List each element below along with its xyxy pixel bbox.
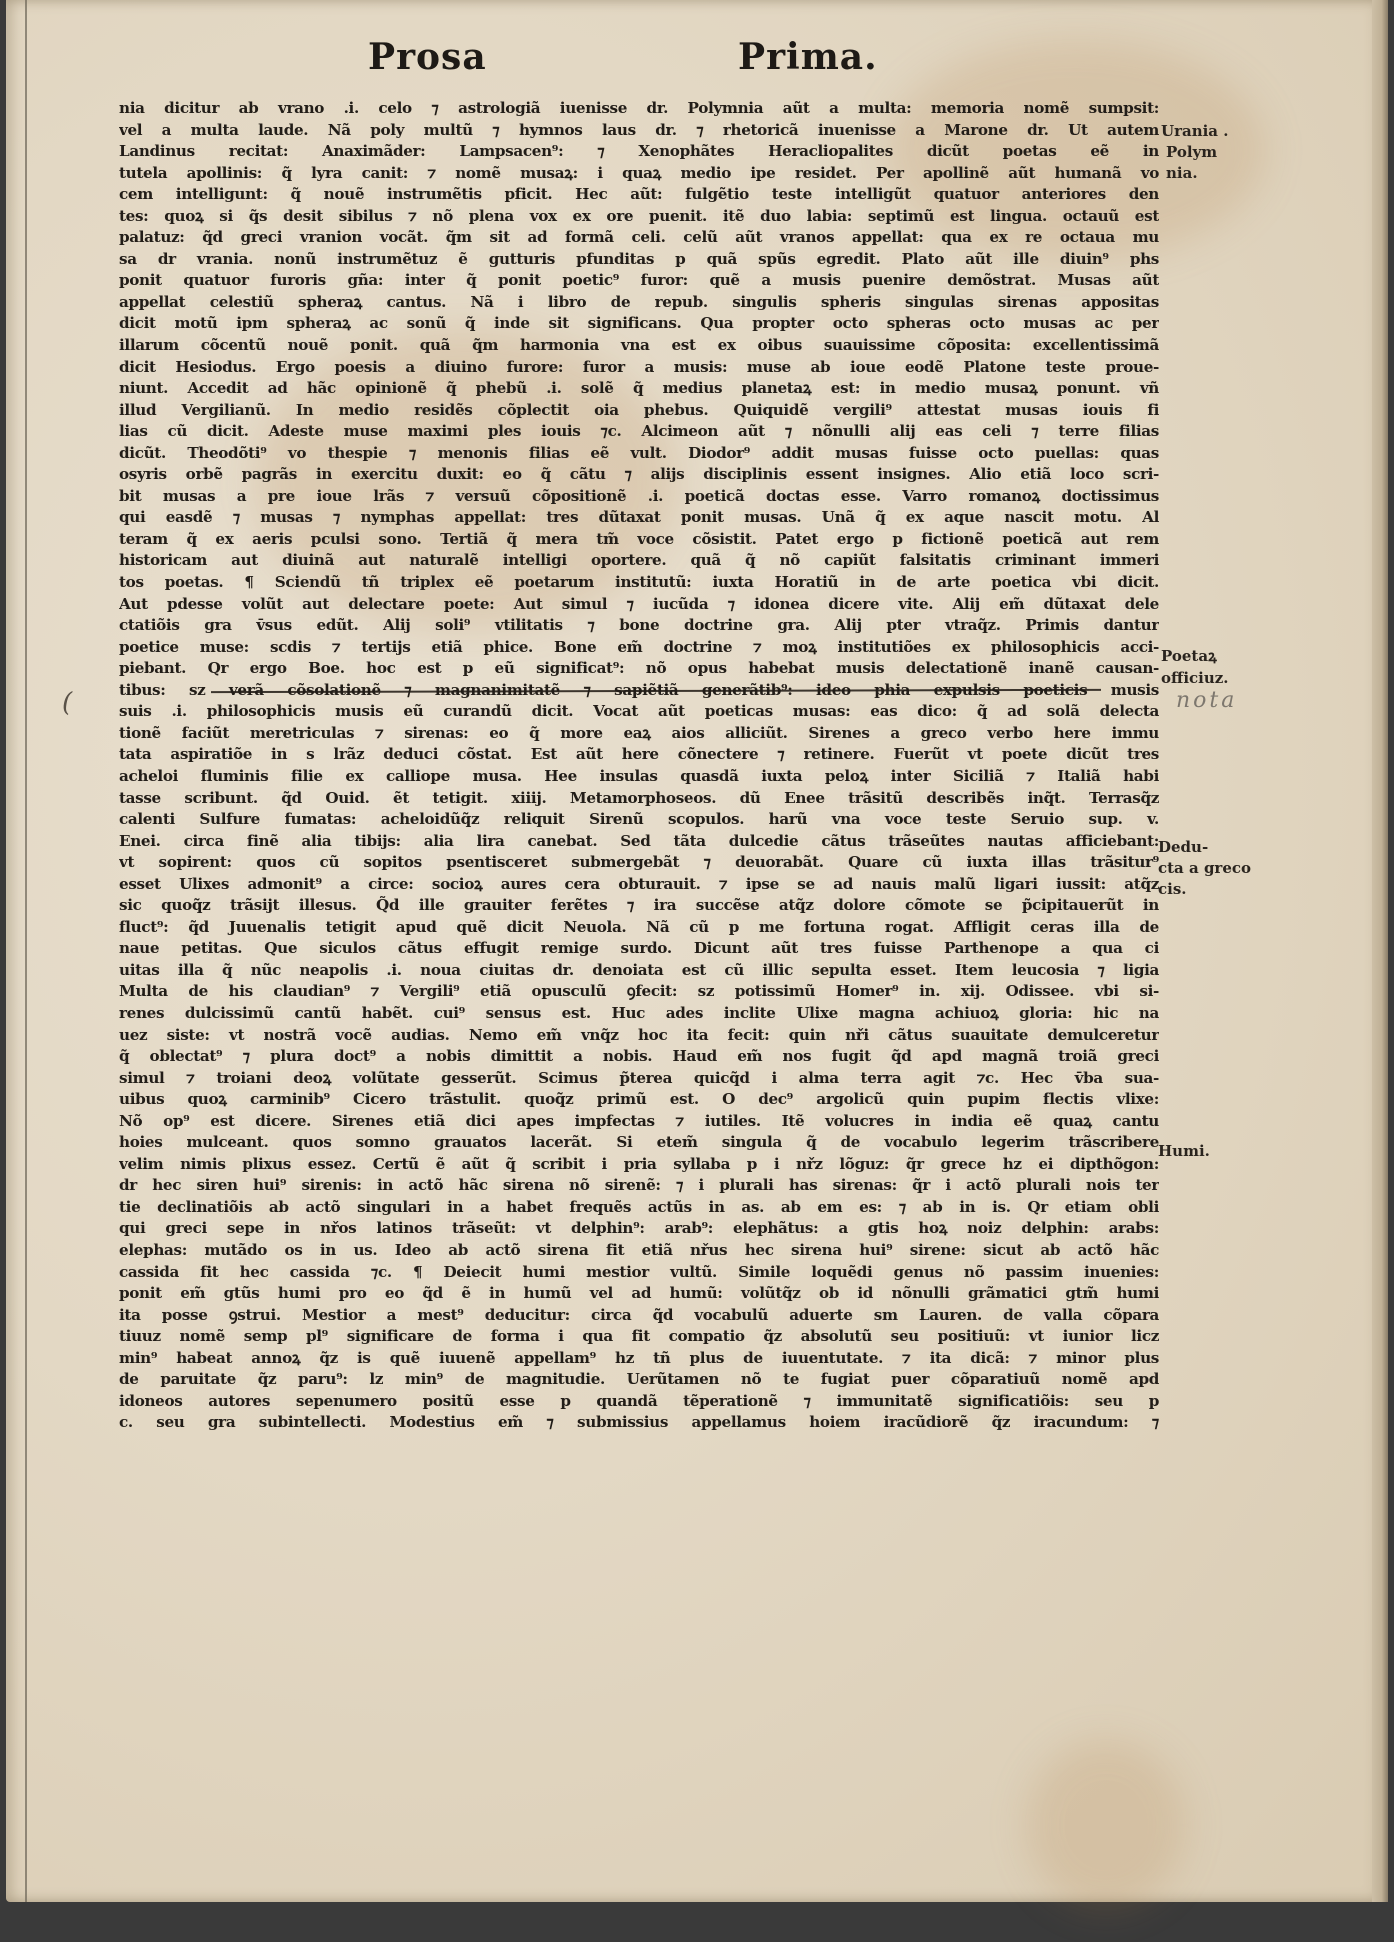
text-line: cem intelligunt: q̃ nouẽ instrumẽtis pfi… xyxy=(119,184,1159,206)
text-line: fluct⁹: q̃d Juuenalis tetigit apud quẽ d… xyxy=(119,917,1159,939)
text-line: naue petitas. Que siculos cãtus effugit … xyxy=(119,938,1159,960)
text-line: Aut pdesse volũt aut delectare poete: Au… xyxy=(119,594,1159,616)
body-text-column: nia dicitur ab vrano .i. celo ⁊ astrolog… xyxy=(119,98,1159,1455)
margin-note-polymnia-cont: nia. xyxy=(1166,163,1198,183)
running-head-right: Prima. xyxy=(738,36,878,78)
text-line: historicam aut diuinã aut naturalẽ intel… xyxy=(119,550,1159,572)
text-line: velim nimis plixus essez. Certũ ẽ aũt q̃… xyxy=(119,1154,1159,1176)
text-line: ponit quatuor furoris gña: inter q̃ poni… xyxy=(119,270,1159,292)
text-line: osyris orbẽ pagrãs in exercitu duxit: eo… xyxy=(119,464,1159,486)
text-line: bit musas a pre ioue lrãs ⁊ versuũ cõpos… xyxy=(119,486,1159,508)
text-line: tiuuz nomẽ semp pl⁹ significare de forma… xyxy=(119,1326,1159,1348)
text-line: min⁹ habeat annoꝝ q̃z is quẽ iuuenẽ appe… xyxy=(119,1348,1159,1370)
text-line: esset Ulixes admonit⁹ a circe: socioꝝ au… xyxy=(119,874,1159,896)
book-page: Prosa Prima. ( nia dicitur ab vrano .i. … xyxy=(6,0,1388,1902)
running-head-left: Prosa xyxy=(368,36,487,78)
text-line: tionẽ faciũt meretriculas ⁊ sirenas: eo … xyxy=(119,723,1159,745)
handwritten-margin-note: nota xyxy=(1176,688,1237,713)
text-line: tasse scribunt. q̃d Ouid. ẽt tetigit. xi… xyxy=(119,788,1159,810)
text-line: niunt. Accedit ad hãc opinionẽ q̃ phebũ … xyxy=(119,378,1159,400)
text-line: appellat celestiũ spheraꝝ cantus. Nã i l… xyxy=(119,292,1159,314)
text-line: lias cũ dicit. Adeste muse maximi ples i… xyxy=(119,421,1159,443)
text-line: piebant. Qr ergo Boe. hoc est p eũ signi… xyxy=(119,658,1159,680)
text-line: qui easdẽ ⁊ musas ⁊ nymphas appellat: tr… xyxy=(119,507,1159,529)
text-line: illarum cõcentũ nouẽ ponit. quã q̃m harm… xyxy=(119,335,1159,357)
text-line: elephas: mutãdo os in us. Ideo ab actõ s… xyxy=(119,1240,1159,1262)
text-line: dicit Hesiodus. Ergo poesis a diuino fur… xyxy=(119,357,1159,379)
text-line: poetice muse: scdis ⁊ tertijs etiã phice… xyxy=(119,637,1159,659)
handwritten-bracket-mark: ( xyxy=(62,688,72,718)
text-line: ponit em̃ gtũs humi pro eo q̃d ẽ in humũ… xyxy=(119,1283,1159,1305)
text-line: nia dicitur ab vrano .i. celo ⁊ astrolog… xyxy=(119,98,1159,120)
text-line: Nõ op⁹ est dicere. Sirenes etiã dici ape… xyxy=(119,1111,1159,1133)
text-line: tos poetas. ¶ Sciendũ tñ triplex eẽ poet… xyxy=(119,572,1159,594)
text-line: acheloi fluminis filie ex calliope musa.… xyxy=(119,766,1159,788)
text-line: Multa de his claudian⁹ ⁊ Vergili⁹ etiã o… xyxy=(119,981,1159,1003)
text-line: idoneos autores sepenumero positũ esse p… xyxy=(119,1391,1159,1413)
text-line: ita posse ꝯstrui. Mestior a mest⁹ deduci… xyxy=(119,1305,1159,1327)
text-line: vel a multa laude. Nã poly multũ ⁊ hymno… xyxy=(119,120,1159,142)
running-head: Prosa Prima. xyxy=(6,36,1388,84)
text-line: teram q̃ ex aeris pculsi sono. Tertiã q̃… xyxy=(119,529,1159,551)
text-line: sic quoq̃z trãsijt illesus. Q̃d ille gra… xyxy=(119,895,1159,917)
margin-note-deducta: Dedu- xyxy=(1158,837,1208,857)
text-line: tie declinatiõis ab actõ singulari in a … xyxy=(119,1197,1159,1219)
text-line: uitas illa q̃ nũc neapolis .i. noua ciui… xyxy=(119,960,1159,982)
text-line: dicũt. Theodõti⁹ vo thespie ⁊ menonis fi… xyxy=(119,443,1159,465)
text-line: dicit motũ ipm spheraꝝ ac sonũ q̃ inde s… xyxy=(119,313,1159,335)
text-line: tata aspiratiõe in s lrãz deduci cõstat.… xyxy=(119,744,1159,766)
text-line: simul ⁊ troiani deoꝝ volũtate gesserũt. … xyxy=(119,1068,1159,1090)
text-line: vt sopirent: quos cũ sopitos psentiscere… xyxy=(119,852,1159,874)
text-line: hoies mulceant. quos somno grauatos lace… xyxy=(119,1132,1159,1154)
text-line: suis .i. philosophicis musis eũ curandũ … xyxy=(119,701,1159,723)
margin-note-deducta-cont: cta a greco xyxy=(1158,858,1251,878)
text-line: tibus: sz verã cõsolationẽ ⁊ magnanimita… xyxy=(119,680,1159,702)
gutter-fold xyxy=(25,0,27,1902)
text-line: sa dr vrania. nonũ instrumẽtuz ẽ gutturi… xyxy=(119,249,1159,271)
text-line: Enei. circa finẽ alia tibijs: alia lira … xyxy=(119,831,1159,853)
water-stain xyxy=(1026,1740,1186,1910)
text-line: tutela apollinis: q̃ lyra canit: ⁊ nomẽ … xyxy=(119,163,1159,185)
text-line: q̃ oblectat⁹ ⁊ plura doct⁹ a nobis dimit… xyxy=(119,1046,1159,1068)
text-line: dr hec siren hui⁹ sirenis: in actõ hãc s… xyxy=(119,1175,1159,1197)
text-line: de paruitate q̃z paru⁹: lz min⁹ de magni… xyxy=(119,1369,1159,1391)
text-line: uibus quoꝝ carminib⁹ Cicero trãstulit. q… xyxy=(119,1089,1159,1111)
text-line: illud Vergilianũ. In medio residẽs cõple… xyxy=(119,400,1159,422)
text-line: palatuz: q̃d greci vranion vocãt. q̃m si… xyxy=(119,227,1159,249)
text-line: Landinus recitat: Anaximãder: Lampsacen⁹… xyxy=(119,141,1159,163)
margin-note-polymnia: Polym xyxy=(1166,142,1217,162)
text-line: tes: quoꝝ si q̃s desit sibilus ⁊ nõ plen… xyxy=(119,206,1159,228)
text-line: uez siste: vt nostrã vocẽ audias. Nemo e… xyxy=(119,1025,1159,1047)
text-line: cassida fit hec cassida ⁊c. ¶ Deiecit hu… xyxy=(119,1262,1159,1284)
text-line: qui greci sepe in nřos latinos trãseũt: … xyxy=(119,1218,1159,1240)
margin-note-officium: officiuz. xyxy=(1161,668,1229,688)
margin-note-humi: Humi. xyxy=(1158,1141,1210,1161)
margin-note-poetarum: Poetaꝝ xyxy=(1161,646,1217,666)
text-line: renes dulcissimũ cantũ habẽt. cui⁹ sensu… xyxy=(119,1003,1159,1025)
text-line: c. seu gra subintellecti. Modestius em̃ … xyxy=(119,1412,1159,1434)
margin-note-deducta-end: cis. xyxy=(1158,879,1187,899)
text-line: ctatiõis gra v̄sus edũt. Alij soli⁹ vtil… xyxy=(119,615,1159,637)
margin-note-urania: Urania . xyxy=(1161,121,1228,141)
text-line: calenti Sulfure fumatas: acheloidũq̃z re… xyxy=(119,809,1159,831)
text-line xyxy=(119,1434,1159,1456)
